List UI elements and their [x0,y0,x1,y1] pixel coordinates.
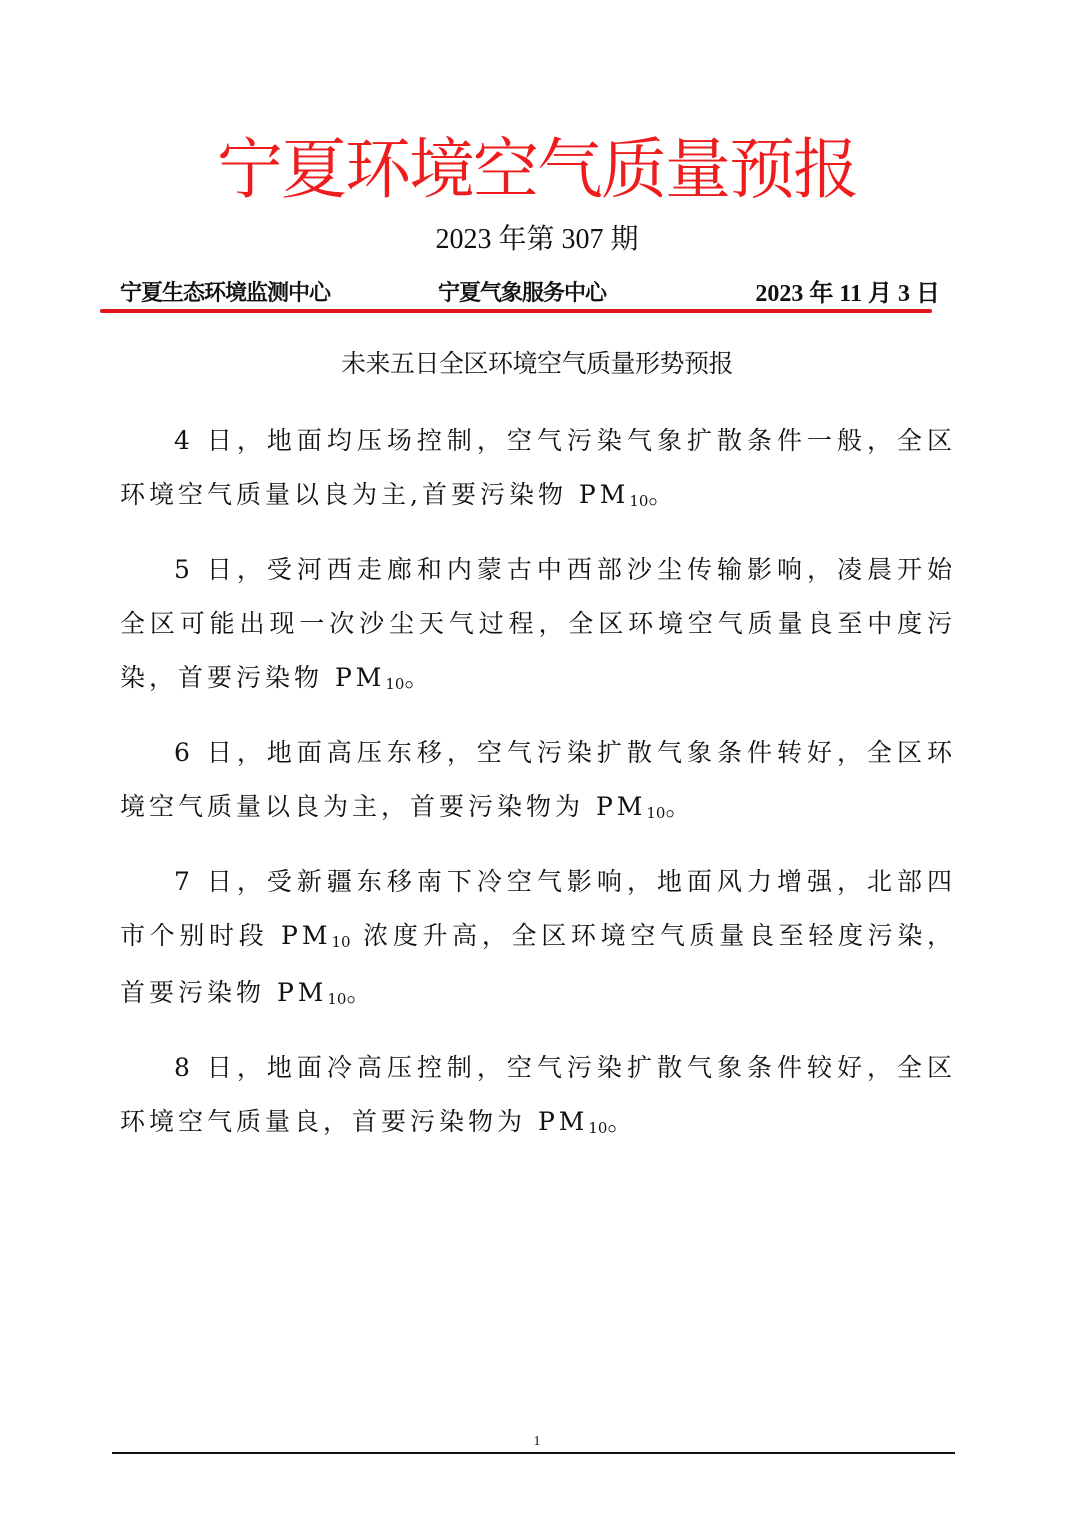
paragraph-end: 。 [665,792,694,821]
forecast-paragraph-day8: 8 日，地面冷高压控制，空气污染扩散气象条件较好，全区环境空气质量良，首要污染物… [120,1041,956,1152]
publish-date: 2023 年 11 月 3 日 [755,278,940,310]
masthead-row: 宁夏生态环境监测中心 宁夏气象服务中心 2023 年 11 月 3 日 [120,278,940,310]
paragraph-end: 。 [607,1107,636,1136]
subscript: 10 [331,933,350,951]
paragraph-text: 8 日，地面冷高压控制，空气污染扩散气象条件较好，全区环境空气质量良，首要污染物… [120,1053,956,1136]
footer-divider [112,1452,955,1454]
paragraph-text: 6 日，地面高压东移，空气污染扩散气象条件转好，全区环境空气质量以良为主，首要污… [120,738,956,821]
subscript: 10 [629,492,648,510]
issuer-meteorological-center: 宁夏气象服务中心 [438,278,606,310]
page-number: 1 [0,1433,1074,1451]
forecast-body: 4 日，地面均压场控制，空气污染气象扩散条件一般，全区环境空气质量以良为主,首要… [120,414,956,1170]
forecast-paragraph-day6: 6 日，地面高压东移，空气污染扩散气象条件转好，全区环境空气质量以良为主，首要污… [120,726,956,837]
paragraph-text: 4 日，地面均压场控制，空气污染气象扩散条件一般，全区环境空气质量以良为主,首要… [120,426,956,509]
forecast-paragraph-day7: 7 日，受新疆东移南下冷空气影响，地面风力增强，北部四市个别时段 PM10 浓度… [120,855,956,1023]
red-divider [100,309,932,313]
issuer-monitoring-center: 宁夏生态环境监测中心 [120,278,330,310]
subscript: 10 [588,1119,607,1137]
section-heading: 未来五日全区环境空气质量形势预报 [0,346,1074,382]
subscript: 10 [385,675,404,693]
issue-number: 2023 年第 307 期 [0,222,1074,258]
page-title: 宁夏环境空气质量预报 [0,130,1074,210]
paragraph-end: 。 [346,978,375,1007]
subscript: 10 [646,804,665,822]
paragraph-text: 5 日，受河西走廊和内蒙古中西部沙尘传输影响，凌晨开始全区可能出现一次沙尘天气过… [120,555,956,692]
forecast-paragraph-day5: 5 日，受河西走廊和内蒙古中西部沙尘传输影响，凌晨开始全区可能出现一次沙尘天气过… [120,543,956,708]
paragraph-end: 。 [404,663,433,692]
paragraph-end: 。 [648,480,677,509]
subscript: 10 [327,990,346,1008]
forecast-paragraph-day4: 4 日，地面均压场控制，空气污染气象扩散条件一般，全区环境空气质量以良为主,首要… [120,414,956,525]
